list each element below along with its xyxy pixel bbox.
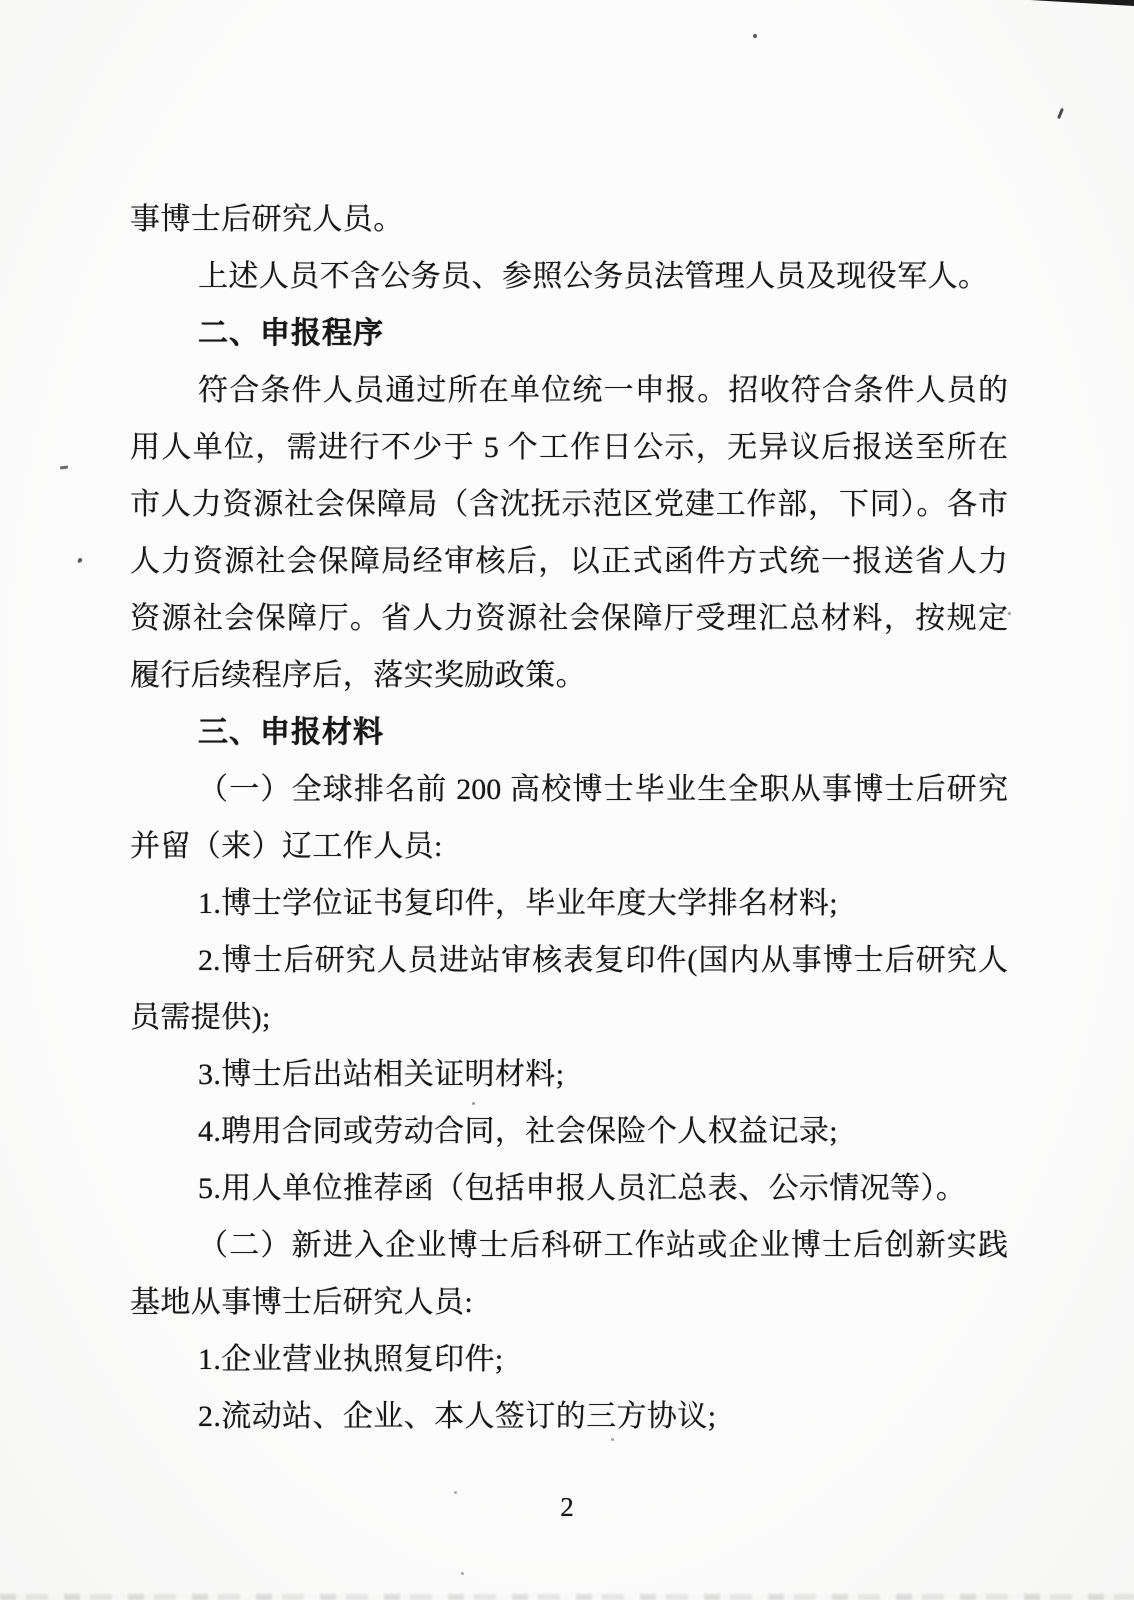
text-line: 符合条件人员通过所在单位统一申报。招收符合条件人员的 [130,362,1008,419]
text-line: 基地从事博士后研究人员: [130,1274,1008,1331]
page-number: 2 [0,1492,1134,1522]
text-line: 资源社会保障厅。省人力资源社会保障厅受理汇总材料，按规定 [130,590,1008,647]
scan-speck [60,465,68,469]
text-line: （一）全球排名前 200 高校博士毕业生全职从事博士后研究 [130,761,1008,818]
document-page: 事博士后研究人员。上述人员不含公务员、参照公务员法管理人员及现役军人。二、申报程… [0,0,1134,1600]
scan-speck [461,1572,464,1575]
text-line: （二）新进入企业博士后科研工作站或企业博士后创新实践 [130,1217,1008,1274]
text-line: 上述人员不含公务员、参照公务员法管理人员及现役军人。 [130,248,1008,305]
text-line: 市人力资源社会保障局（含沈抚示范区党建工作部，下同）。各市 [130,476,1008,533]
text-line: 2.博士后研究人员进站审核表复印件(国内从事博士后研究人 [130,932,1008,989]
text-line: 并留（来）辽工作人员: [130,818,1008,875]
scan-edge-artifact [1030,0,1134,6]
text-line: 3.博士后出站相关证明材料; [130,1046,1008,1103]
scan-speck [1057,108,1064,119]
scan-speck [77,557,82,563]
text-line: 2.流动站、企业、本人签订的三方协议; [130,1388,1008,1445]
scan-speck [753,34,757,38]
document-body: 事博士后研究人员。上述人员不含公务员、参照公务员法管理人员及现役军人。二、申报程… [130,191,1008,1445]
scan-speck [1008,612,1011,615]
text-line: 1.企业营业执照复印件; [130,1331,1008,1388]
section-heading: 二、申报程序 [130,305,1008,362]
text-line: 履行后续程序后，落实奖励政策。 [130,647,1008,704]
scan-bleed-artifact [0,1594,1134,1600]
text-line: 5.用人单位推荐函（包括申报人员汇总表、公示情况等）。 [130,1160,1008,1217]
text-line: 员需提供); [130,989,1008,1046]
text-line: 4.聘用合同或劳动合同，社会保险个人权益记录; [130,1103,1008,1160]
text-line: 用人单位，需进行不少于 5 个工作日公示，无异议后报送至所在 [130,419,1008,476]
section-heading: 三、申报材料 [130,704,1008,761]
text-line: 人力资源社会保障局经审核后，以正式函件方式统一报送省人力 [130,533,1008,590]
text-line: 事博士后研究人员。 [130,191,1008,248]
text-line: 1.博士学位证书复印件，毕业年度大学排名材料; [130,875,1008,932]
